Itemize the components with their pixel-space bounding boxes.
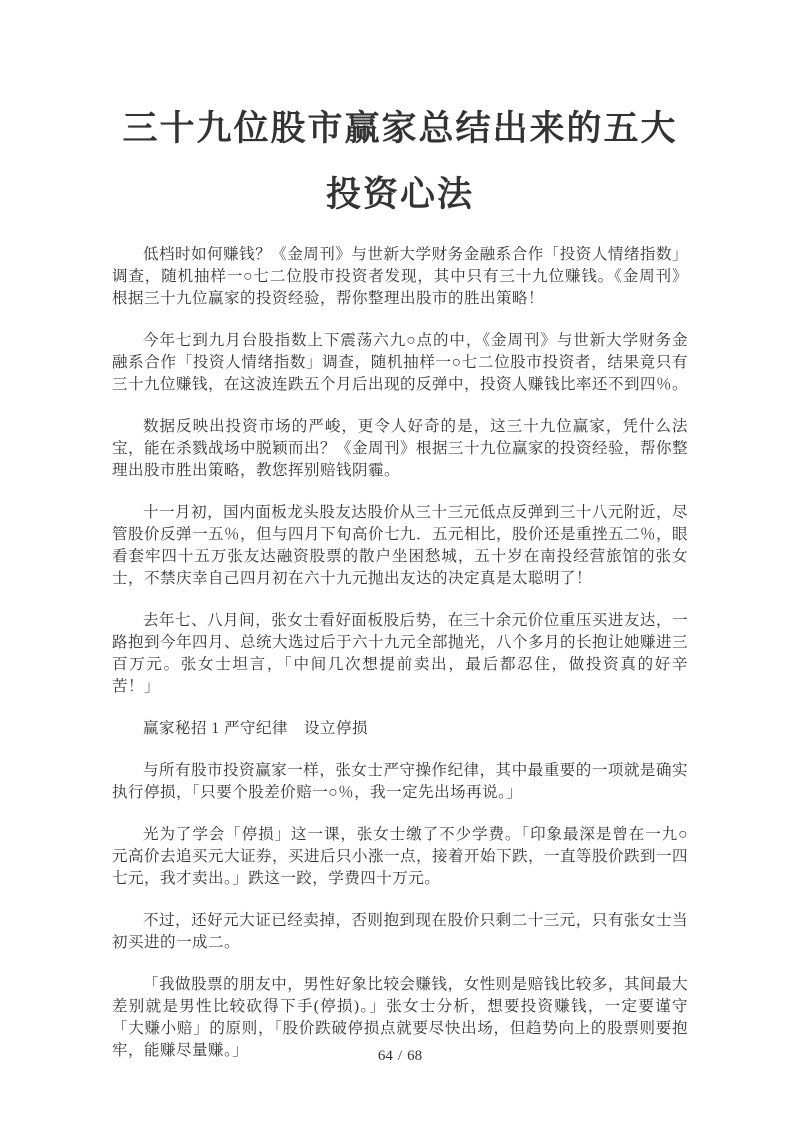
paragraph-8: 不过，还好元大证已经卖掉，否则抱到现在股价只剩二十三元，只有张女士当初买进的一成… (112, 910, 688, 954)
page-number-separator: / (398, 1048, 402, 1064)
document-title: 三十九位股市赢家总结出来的五大 投资心法 (112, 96, 688, 228)
paragraph-3: 数据反映出投资市场的严峻，更令人好奇的是，这三十九位赢家，凭什么法宝，能在杀戮战… (112, 416, 688, 482)
paragraph-4: 十一月初，国内面板龙头股友达股价从三十三元低点反弹到三十八元附近，尽管股价反弹一… (112, 502, 688, 590)
paragraph-7: 光为了学会「停损」这一课，张女士缴了不少学费。「印象最深是曾在一九○元高价去追买… (112, 824, 688, 890)
section-heading-winner-tip-1: 赢家秘招 1 严守纪律 设立停损 (112, 718, 688, 740)
paragraph-6: 与所有股市投资赢家一样，张女士严守操作纪律，其中最重要的一项就是确实执行停损，「… (112, 760, 688, 804)
paragraph-5: 去年七、八月间，张女士看好面板股后势，在三十余元价位重压买进友达，一路抱到今年四… (112, 610, 688, 698)
page-number-total: 68 (407, 1048, 422, 1064)
title-line-1: 三十九位股市赢家总结出来的五大 (112, 96, 688, 162)
document-page: 三十九位股市赢家总结出来的五大 投资心法 低档时如何赚钱？《金周刊》与世新大学财… (0, 0, 800, 1132)
page-number-current: 64 (378, 1048, 393, 1064)
paragraph-2: 今年七到九月台股指数上下震荡六九○点的中，《金周刊》与世新大学财务金融系合作「投… (112, 330, 688, 396)
document-content: 三十九位股市赢家总结出来的五大 投资心法 低档时如何赚钱？《金周刊》与世新大学财… (112, 96, 688, 1082)
page-number: 64/68 (0, 1048, 800, 1065)
paragraph-1: 低档时如何赚钱？《金周刊》与世新大学财务金融系合作「投资人情绪指数」调查，随机抽… (112, 244, 688, 310)
title-line-2: 投资心法 (112, 162, 688, 228)
